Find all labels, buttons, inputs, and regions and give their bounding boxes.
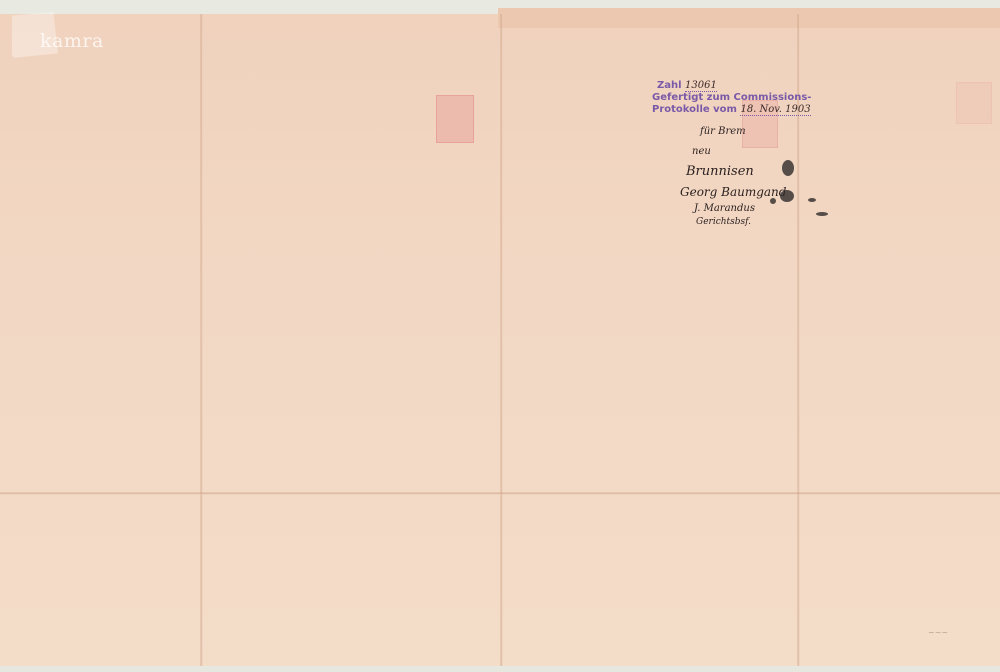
- stamp-line2: Gefertigt zum Commissions-: [652, 92, 811, 104]
- signature-line: Gerichtsbsf.: [680, 216, 786, 228]
- signature-line: neu: [680, 142, 786, 162]
- signature-line: J. Marandus: [680, 202, 786, 216]
- signature-line: für Brem: [680, 122, 786, 142]
- stamp-number-label: Zahl: [657, 80, 682, 91]
- fiscal-stamp-mark: [436, 95, 474, 143]
- pencil-note: ~~~: [928, 628, 948, 637]
- ink-blot: [780, 190, 794, 202]
- stamp-date-label: Protokolle vom: [652, 104, 737, 115]
- stamp-number-value: 13061: [685, 80, 717, 92]
- signature-line: Brunnisen: [680, 162, 786, 182]
- paper-top-edge: [498, 8, 1000, 28]
- ink-blot: [782, 160, 794, 176]
- kamra-watermark-text: kamra: [40, 30, 104, 52]
- fold-line-vertical-1: [200, 14, 203, 672]
- fiscal-stamp-mark-3: [956, 82, 992, 124]
- fold-line-horizontal: [0, 492, 1000, 495]
- scan-background-bottom: [0, 666, 1000, 672]
- ink-blot: [808, 198, 816, 202]
- signature-block: für Brem neu Brunnisen Georg Baumgand J.…: [680, 122, 786, 228]
- ink-blot: [816, 212, 828, 216]
- stamp-date-value: 18. Nov. 1903: [740, 104, 810, 116]
- commission-stamp: Zahl 13061 Gefertigt zum Commissions- Pr…: [652, 80, 811, 116]
- fold-line-vertical-2: [500, 14, 503, 672]
- ink-blot: [770, 198, 776, 204]
